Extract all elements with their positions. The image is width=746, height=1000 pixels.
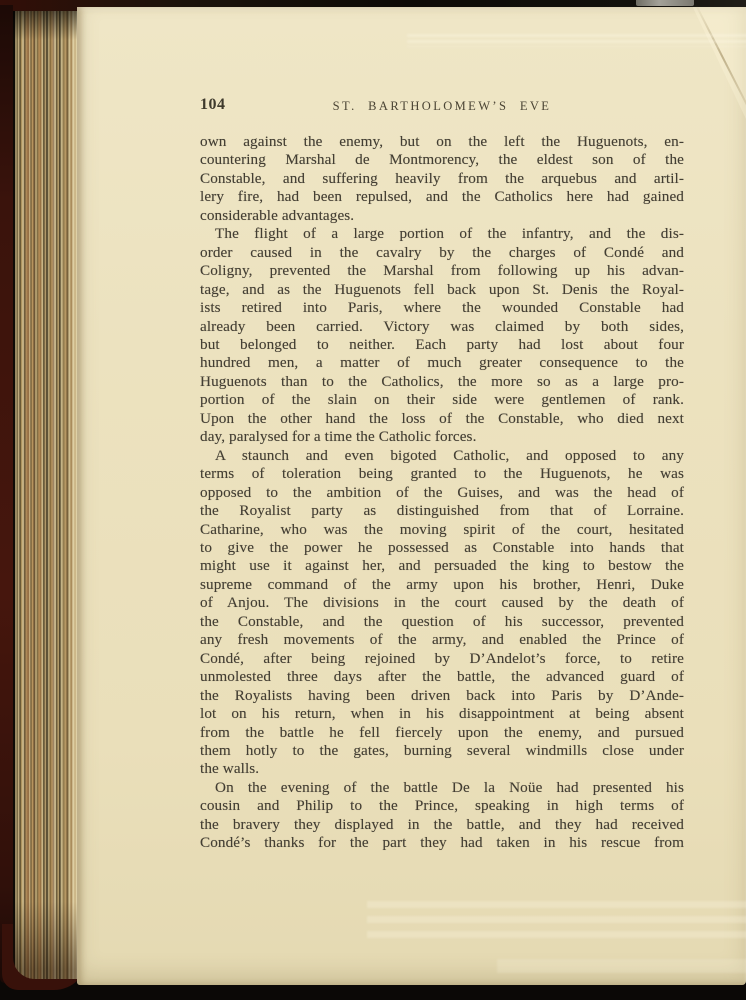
text-line: Coligny, prevented the Marshal from foll…	[200, 262, 684, 280]
text-line: A staunch and even bigoted Catholic, and…	[200, 447, 684, 465]
text-line: from the battle he fell fiercely upon th…	[200, 724, 684, 742]
text-line: lery fire, had been repulsed, and the Ca…	[200, 188, 684, 206]
text-line: ists retired into Paris, where the wound…	[200, 299, 684, 317]
text-line: the bravery they displayed in the battle…	[200, 816, 684, 834]
text-line: Upon the other hand the loss of the Cons…	[200, 410, 684, 428]
page-header: 104 ST. BARTHOLOMEW’S EVE	[200, 96, 684, 114]
text-line: cousin and Philip to the Prince, speakin…	[200, 797, 684, 815]
text-line: day, paralysed for a time the Catholic f…	[200, 428, 684, 446]
scan-streak	[407, 31, 746, 47]
text-line: considerable advantages.	[200, 207, 684, 225]
book-cover-edge	[0, 5, 13, 983]
text-line: order caused in the cavalry by the charg…	[200, 244, 684, 262]
page-corner-fold	[684, 7, 746, 119]
text-line: hundred men, a matter of much greater co…	[200, 354, 684, 372]
scanner-edge	[636, 0, 694, 6]
text-line: countering Marshal de Montmorency, the e…	[200, 151, 684, 169]
text-line: the walls.	[200, 760, 684, 778]
text-line: terms of toleration being granted to the…	[200, 465, 684, 483]
paragraph-4: On the evening of the battle De la Noüe …	[200, 779, 684, 853]
book-page-edges	[13, 11, 77, 979]
text-line: already been carried. Victory was claime…	[200, 318, 684, 336]
text-line: Catharine, who was the moving spirit of …	[200, 521, 684, 539]
text-line: the Royalists having been driven back in…	[200, 687, 684, 705]
page-number: 104	[200, 96, 226, 114]
text-line: but belonged to neither. Each party had …	[200, 336, 684, 354]
text-line: the Royalist party as distinguished from…	[200, 502, 684, 520]
text-line: tage, and as the Huguenots fell back upo…	[200, 281, 684, 299]
text-line: might use it against her, and persuaded …	[200, 557, 684, 575]
page-text: own against the enemy, but on the left t…	[200, 133, 684, 853]
paragraph-1: own against the enemy, but on the left t…	[200, 133, 684, 225]
text-line: lot on his return, when in his disappoin…	[200, 705, 684, 723]
text-line: supreme command of the army upon his bro…	[200, 576, 684, 594]
text-line: The flight of a large portion of the inf…	[200, 225, 684, 243]
text-line: any fresh movements of the army, and ena…	[200, 631, 684, 649]
text-line: to give the power he possessed as Consta…	[200, 539, 684, 557]
text-line: the Constable, and the question of his s…	[200, 613, 684, 631]
text-line: of Anjou. The divisions in the court cau…	[200, 594, 684, 612]
paragraph-2: The flight of a large portion of the inf…	[200, 225, 684, 446]
scan-streak	[497, 959, 746, 973]
scan-streak	[367, 893, 746, 945]
text-line: portion of the slain on their side were …	[200, 391, 684, 409]
running-title: ST. BARTHOLOMEW’S EVE	[200, 96, 684, 114]
text-line: Constable, and suffering heavily from th…	[200, 170, 684, 188]
book-page: 104 ST. BARTHOLOMEW’S EVE own against th…	[77, 7, 746, 985]
text-line: Condé’s thanks for the part they had tak…	[200, 834, 684, 852]
book-scan: 104 ST. BARTHOLOMEW’S EVE own against th…	[0, 0, 746, 1000]
text-line: Condé, after being rejoined by D’Andelot…	[200, 650, 684, 668]
text-line: them hotly to the gates, burning several…	[200, 742, 684, 760]
text-line: opposed to the ambition of the Guises, a…	[200, 484, 684, 502]
text-line: Huguenots than to the Catholics, the mor…	[200, 373, 684, 391]
text-line: unmolested three days after the battle, …	[200, 668, 684, 686]
text-line: own against the enemy, but on the left t…	[200, 133, 684, 151]
paragraph-3: A staunch and even bigoted Catholic, and…	[200, 447, 684, 779]
text-line: On the evening of the battle De la Noüe …	[200, 779, 684, 797]
